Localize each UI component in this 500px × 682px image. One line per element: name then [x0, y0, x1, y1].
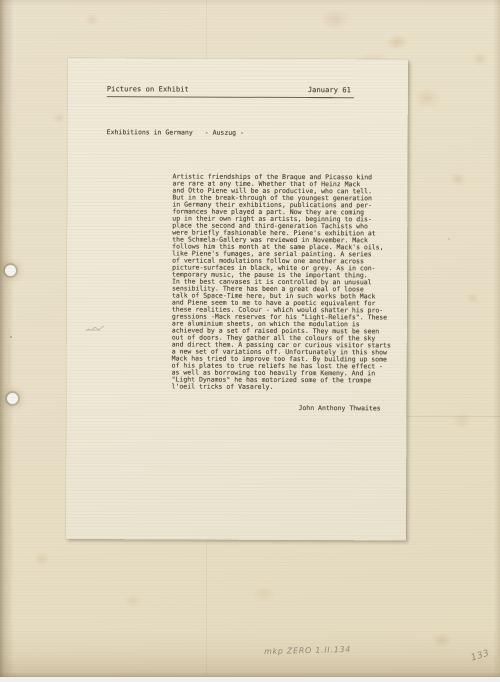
foxing-spot: [432, 632, 452, 648]
subject-line: Exhibitions in Germany- Auszug -: [107, 129, 244, 137]
punch-hole: [7, 393, 18, 404]
punch-hole: [5, 265, 16, 276]
backing-sheet: Pictures on Exhibit January 61 Exhibitio…: [0, 0, 500, 677]
dust-speck: [10, 336, 12, 338]
foxing-spot: [386, 34, 408, 50]
foxing-spot: [124, 594, 142, 608]
foxing-spot: [84, 14, 100, 26]
foxing-spot: [320, 8, 350, 30]
archive-reference-note: mkp ZERO 1.II.134: [264, 645, 351, 656]
foxing-spot: [252, 586, 276, 602]
author-signature: John Anthony Thwaites: [298, 405, 380, 412]
typed-page: Pictures on Exhibit January 61 Exhibitio…: [66, 58, 408, 540]
pencil-squiggle-mark: [85, 322, 105, 336]
foxing-spot: [472, 52, 488, 66]
body-text: Artistic friendships of the Braque and P…: [172, 173, 392, 391]
foxing-spot: [452, 412, 472, 428]
page-title: Pictures on Exhibit: [107, 85, 333, 98]
dust-speck: [448, 238, 450, 240]
page-number-note: 133: [470, 648, 491, 663]
horizontal-crease: [406, 416, 500, 417]
document-date: January 61: [308, 86, 354, 98]
excerpt-note: - Auszug -: [205, 129, 244, 137]
subject-heading: Exhibitions in Germany: [107, 128, 193, 136]
foxing-spot: [52, 112, 66, 124]
foxing-spot: [450, 172, 466, 186]
foxing-spot: [34, 552, 50, 566]
scanned-document: Pictures on Exhibit January 61 Exhibitio…: [0, 0, 500, 682]
foxing-spot: [414, 88, 440, 108]
foxing-spot: [466, 292, 480, 304]
